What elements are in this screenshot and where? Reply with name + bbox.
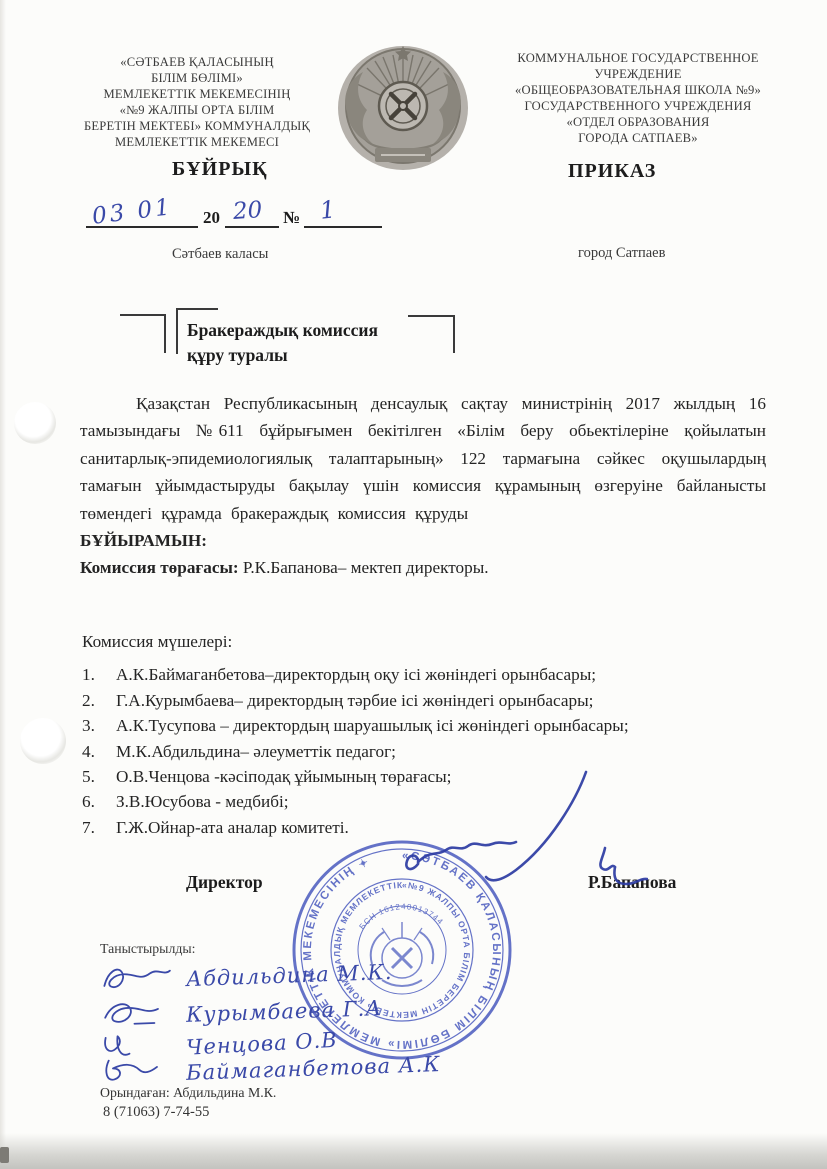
number-sign: № bbox=[279, 208, 304, 227]
acknowledged-label: Таныстырылды: bbox=[100, 941, 195, 957]
member-number: 1. bbox=[82, 662, 116, 687]
org-line: «ОТДЕЛ ОБРАЗОВАНИЯ bbox=[468, 114, 808, 130]
member-item: 4.М.К.Абдильдина– әлеуметтік педагог; bbox=[82, 739, 782, 764]
corner-mark bbox=[120, 314, 166, 353]
order-title-kazakh: БҰЙРЫҚ bbox=[172, 158, 268, 181]
hole-punch-mark bbox=[20, 718, 66, 764]
chair-value: Р.К.Бапанова– мектеп директоры. bbox=[239, 558, 489, 577]
member-item: 2.Г.А.Курымбаева– директордың тәрбие ісі… bbox=[82, 688, 782, 713]
place-name-russian: город Сатпаев bbox=[578, 245, 665, 262]
org-line: МЕМЛЕКЕТТІК МЕКЕМЕСІНІҢ bbox=[52, 86, 342, 102]
signature-scribble bbox=[100, 995, 175, 1030]
printed-year-prefix: 20 bbox=[198, 208, 225, 227]
org-line: КОММУНАЛЬНОЕ ГОСУДАРСТВЕННОЕ bbox=[468, 50, 808, 66]
acknowledger-name: Баймаганбетова А.К bbox=[186, 1052, 441, 1085]
year-blank-line: 20 bbox=[225, 198, 279, 228]
handwritten-date: 03 01 bbox=[91, 194, 174, 230]
order-word: БҰЙЫРАМЫН: bbox=[80, 527, 766, 554]
place-name-kazakh: Сәтбаев каласы bbox=[172, 246, 268, 263]
org-line: УЧРЕЖДЕНИЕ bbox=[468, 66, 808, 82]
member-item: 1.А.К.Баймаганбетова–директордың оқу ісі… bbox=[82, 662, 782, 687]
scan-artifact bbox=[0, 1147, 9, 1163]
hole-punch-mark bbox=[14, 402, 56, 444]
signature-scribble bbox=[100, 1053, 175, 1088]
members-label: Комиссия мүшелері: bbox=[82, 629, 782, 654]
org-line: МЕМЛЕКЕТТІК МЕКЕМЕСІ bbox=[52, 134, 342, 150]
org-name-kazakh: «СӘТБАЕВ ҚАЛАСЫНЫҢ БІЛІМ БӨЛІМІ» МЕМЛЕКЕ… bbox=[52, 54, 342, 150]
org-line: «СӘТБАЕВ ҚАЛАСЫНЫҢ bbox=[52, 54, 342, 70]
corner-mark bbox=[408, 315, 455, 353]
member-number: 5. bbox=[82, 764, 116, 789]
scan-bottom-shadow bbox=[0, 1133, 827, 1169]
director-label: Директор bbox=[186, 872, 263, 893]
member-text: З.В.Юсубова - медбибі; bbox=[116, 789, 289, 814]
chair-label: Комиссия төрағасы: bbox=[80, 558, 239, 577]
signature-scribble bbox=[100, 960, 175, 995]
director-signature bbox=[352, 766, 648, 918]
kazakhstan-coat-of-arms-icon bbox=[333, 42, 473, 176]
order-subject: Бракераждық комиссия құру туралы bbox=[187, 318, 378, 368]
member-text: А.К.Баймаганбетова–директордың оқу ісі ж… bbox=[116, 662, 596, 687]
executor-line: Орындаған: Абдильдина М.К. bbox=[100, 1085, 276, 1101]
subject-line: құру туралы bbox=[187, 343, 378, 368]
scan-edge-shadow bbox=[0, 0, 6, 1169]
handwritten-order-number: 1 bbox=[319, 195, 337, 224]
body-paragraph: Қазақстан Республикасының денсаулық сақт… bbox=[80, 390, 766, 527]
subject-line: Бракераждық комиссия bbox=[187, 318, 378, 343]
member-number: 4. bbox=[82, 739, 116, 764]
org-line: ГОРОДА САТПАЕВ» bbox=[468, 130, 808, 146]
member-text: Г.А.Курымбаева– директордың тәрбие ісі ж… bbox=[116, 688, 593, 713]
member-number: 2. bbox=[82, 688, 116, 713]
member-number: 7. bbox=[82, 815, 116, 840]
member-text: М.К.Абдильдина– әлеуметтік педагог; bbox=[116, 739, 396, 764]
phone-number: 8 (71063) 7-74-55 bbox=[103, 1104, 209, 1121]
date-blank-line: 03 01 bbox=[86, 198, 198, 228]
handwritten-year: 20 bbox=[232, 197, 263, 225]
member-text: А.К.Тусупова – директордың шаруашылық іс… bbox=[116, 713, 629, 738]
org-line: «ОБЩЕОБРАЗОВАТЕЛЬНАЯ ШКОЛА №9» bbox=[468, 82, 808, 98]
date-number-line: 03 012020№1 bbox=[86, 198, 382, 230]
org-line: БІЛІМ БӨЛІМІ» bbox=[52, 70, 342, 86]
order-title-russian: ПРИКАЗ bbox=[568, 160, 656, 183]
chair-line: Комиссия төрағасы: Р.К.Бапанова– мектеп … bbox=[80, 554, 766, 581]
org-line: «№9 ЖАЛПЫ ОРТА БІЛІМ bbox=[52, 102, 342, 118]
org-line: БЕРЕТІН МЕКТЕБІ» КОММУНАЛДЫҚ bbox=[52, 118, 342, 134]
org-name-russian: КОММУНАЛЬНОЕ ГОСУДАРСТВЕННОЕ УЧРЕЖДЕНИЕ … bbox=[468, 50, 808, 146]
org-line: ГОСУДАРСТВЕННОГО УЧРЕЖДЕНИЯ bbox=[468, 98, 808, 114]
order-body: Қазақстан Республикасының денсаулық сақт… bbox=[80, 390, 766, 582]
member-number: 3. bbox=[82, 713, 116, 738]
scanned-order-document: «СӘТБАЕВ ҚАЛАСЫНЫҢ БІЛІМ БӨЛІМІ» МЕМЛЕКЕ… bbox=[0, 0, 827, 1169]
number-blank-line: 1 bbox=[304, 198, 382, 228]
member-number: 6. bbox=[82, 789, 116, 814]
member-item: 3.А.К.Тусупова – директордың шаруашылық … bbox=[82, 713, 782, 738]
